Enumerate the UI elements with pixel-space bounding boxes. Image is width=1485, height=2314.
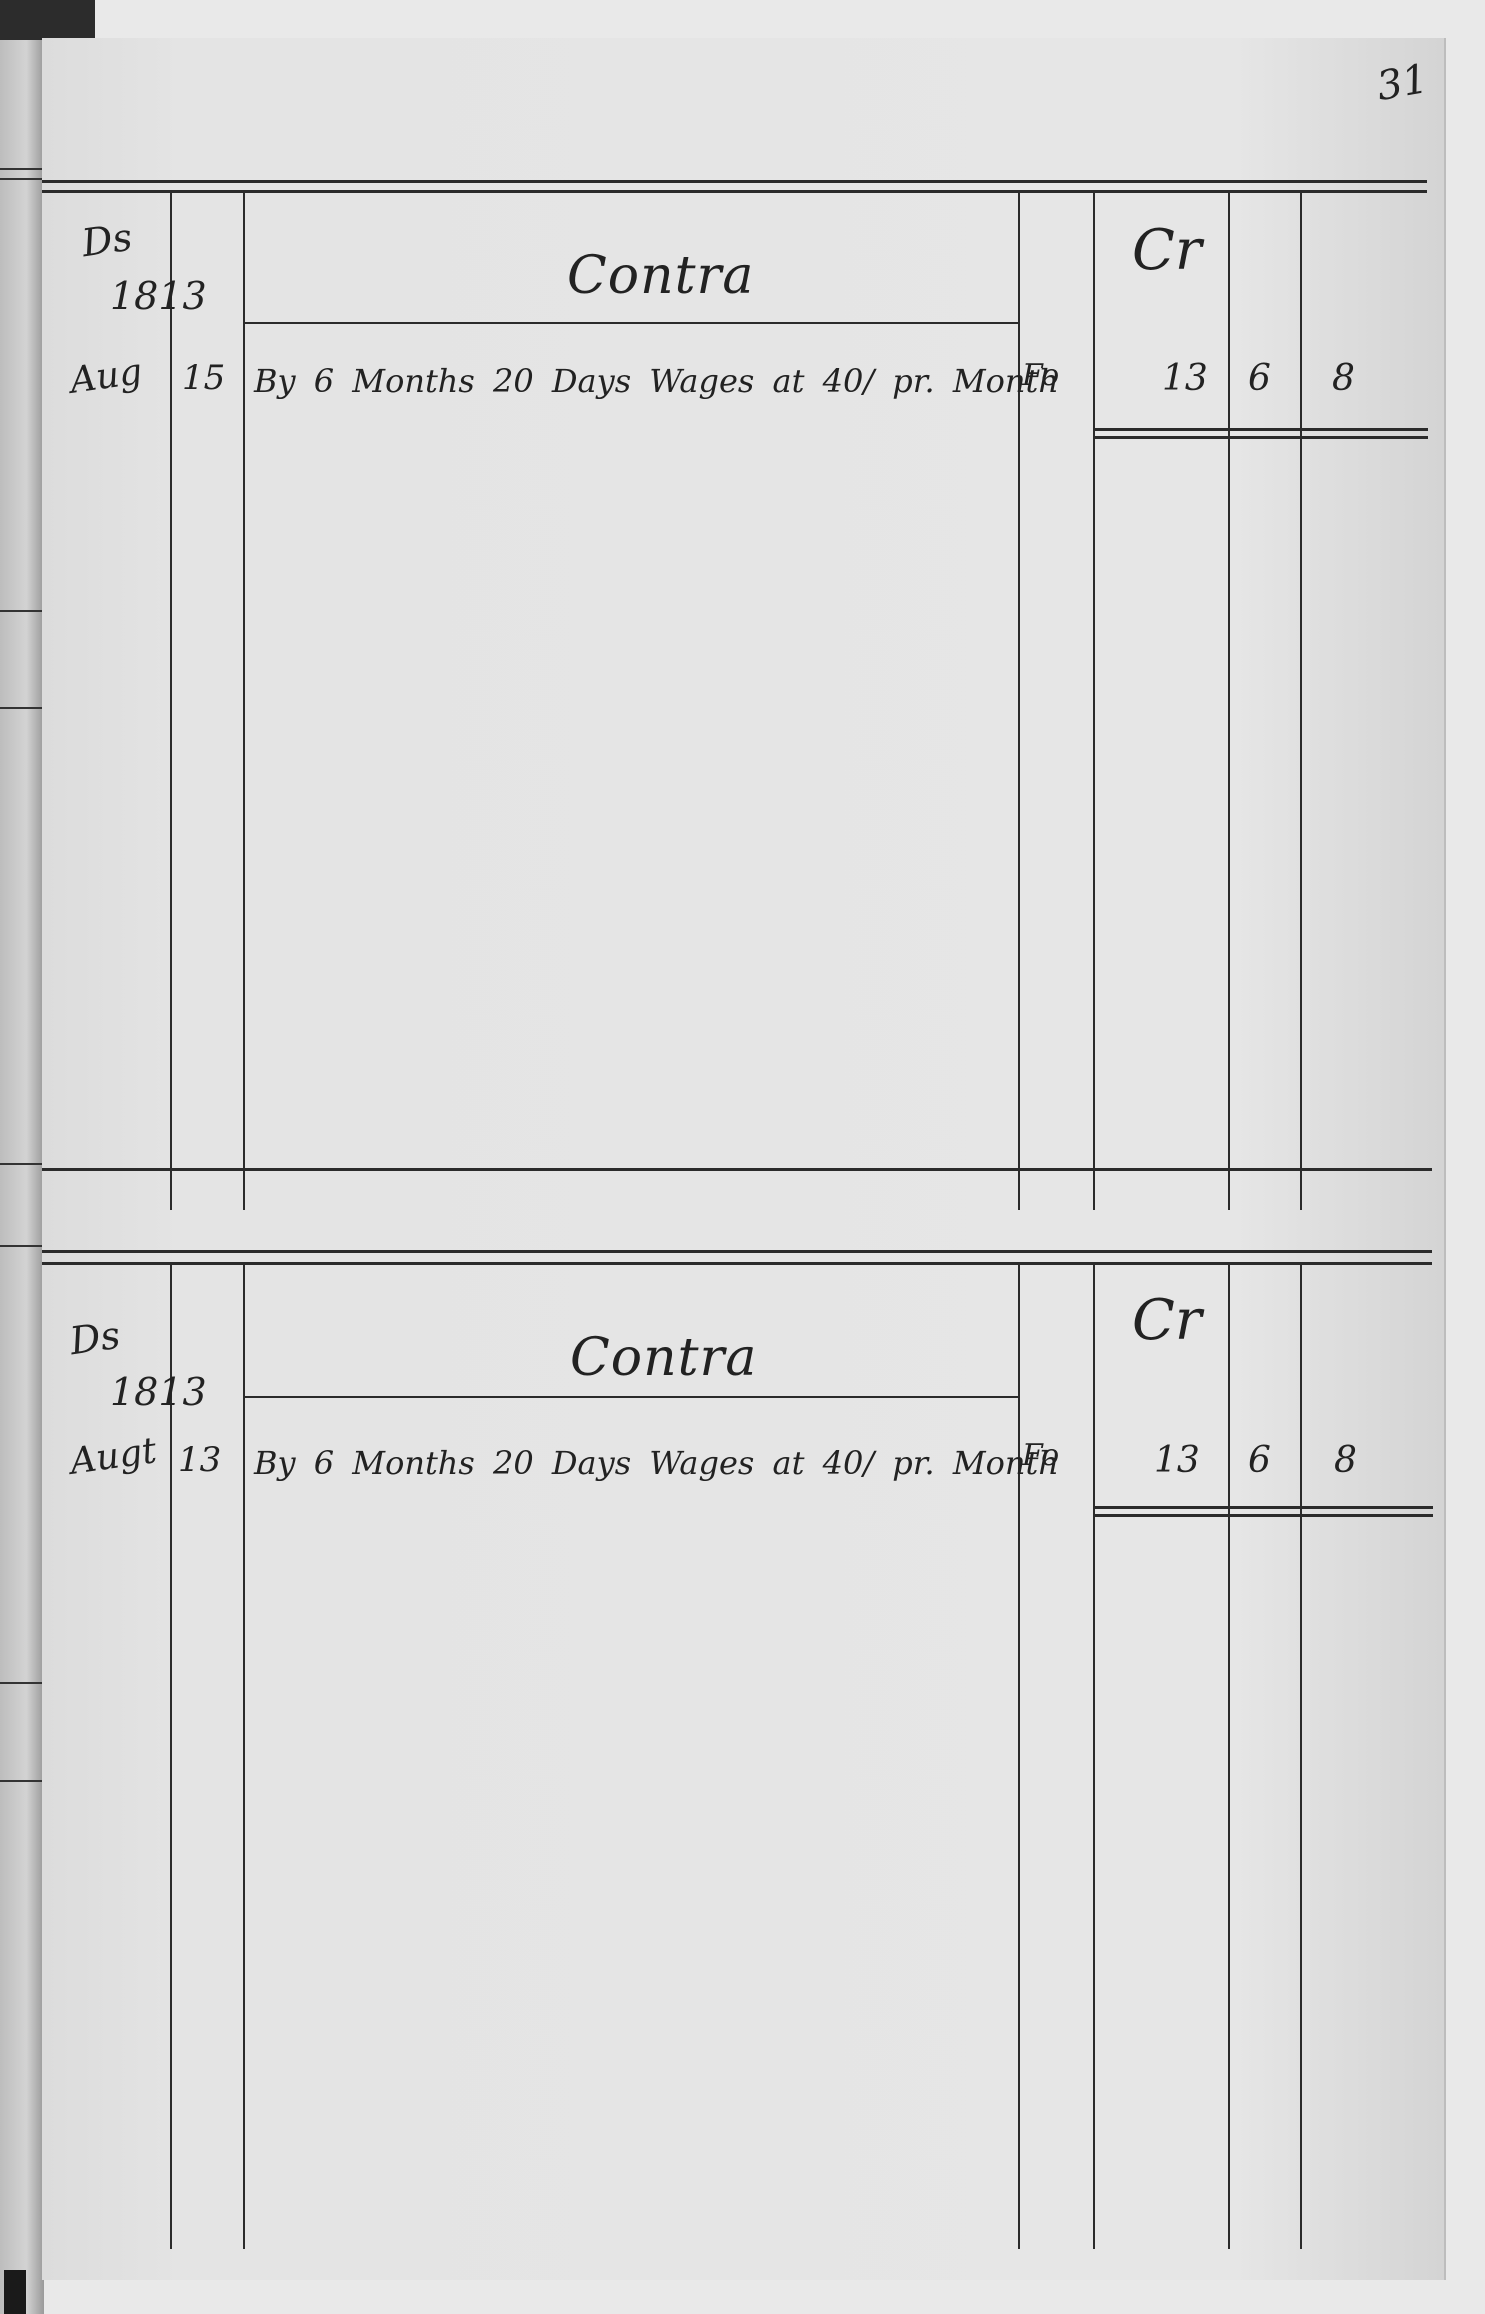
ledger-page: 31 Ds 1813 Contra Cr Aug 15 By 6 Months …	[42, 38, 1444, 2280]
date-header-label: Ds	[79, 215, 135, 266]
header-underline	[243, 1396, 1018, 1398]
entry-description: By 6 Months 20 Days Wages at 40/ pr. Mon…	[254, 362, 1059, 400]
entry-pounds: 13	[1154, 1440, 1200, 1481]
column-rule-folio	[1018, 192, 1020, 1210]
total-double-rule	[1093, 1506, 1433, 1509]
credit-label: Cr	[1132, 218, 1202, 283]
date-header-year: 1813	[110, 1370, 207, 1414]
entry-folio: Fo	[1022, 358, 1059, 393]
total-double-rule	[1093, 428, 1428, 431]
section-top-rule	[42, 1262, 1432, 1265]
book-binding	[0, 0, 44, 2314]
date-header-label: Ds	[67, 1313, 123, 1364]
column-rule-day	[243, 1264, 245, 2249]
previous-page-rule	[0, 1245, 42, 1247]
column-rule-day	[243, 192, 245, 1210]
column-rule-pounds	[1093, 192, 1095, 1210]
entry-shillings: 6	[1248, 1440, 1271, 1481]
previous-page-rule	[0, 1682, 42, 1684]
entry-day: 15	[182, 358, 225, 398]
previous-page-rule	[0, 707, 42, 709]
binding-cover-bottom	[4, 2270, 26, 2314]
section-top-rule	[42, 1250, 1432, 1253]
binding-cover-top	[0, 0, 95, 40]
header-underline	[243, 322, 1018, 324]
section-title: Contra	[570, 1328, 757, 1388]
column-rule-month	[170, 192, 172, 1210]
entry-pence: 8	[1334, 1440, 1357, 1481]
previous-page-rule	[0, 610, 42, 612]
section-bottom-rule	[42, 1168, 1432, 1171]
column-rule-shillings	[1228, 192, 1230, 1210]
column-rule-folio	[1018, 1264, 1020, 2249]
column-rule-shillings	[1228, 1264, 1230, 2249]
entry-month: Aug	[67, 351, 144, 402]
entry-folio: Fo	[1022, 1438, 1059, 1473]
entry-pence: 8	[1332, 358, 1355, 399]
page-number: 31	[1373, 56, 1431, 110]
section-top-rule	[42, 190, 1427, 193]
entry-pounds: 13	[1162, 358, 1208, 399]
date-header-year: 1813	[110, 274, 207, 318]
total-double-rule	[1093, 436, 1428, 439]
column-rule-pence	[1300, 192, 1302, 1210]
column-rule-pounds	[1093, 1264, 1095, 2249]
previous-page-rule	[0, 1163, 42, 1165]
previous-page-rule	[0, 178, 42, 180]
entry-shillings: 6	[1248, 358, 1271, 399]
section-top-rule	[42, 180, 1427, 183]
entry-description: By 6 Months 20 Days Wages at 40/ pr. Mon…	[254, 1444, 1059, 1482]
total-double-rule	[1093, 1514, 1433, 1517]
credit-label: Cr	[1132, 1288, 1202, 1353]
previous-page-rule	[0, 1780, 42, 1782]
entry-day: 13	[178, 1440, 221, 1480]
section-title: Contra	[567, 246, 754, 306]
previous-page-rule	[0, 168, 42, 170]
column-rule-pence	[1300, 1264, 1302, 2249]
entry-month: Augt	[68, 1430, 160, 1483]
